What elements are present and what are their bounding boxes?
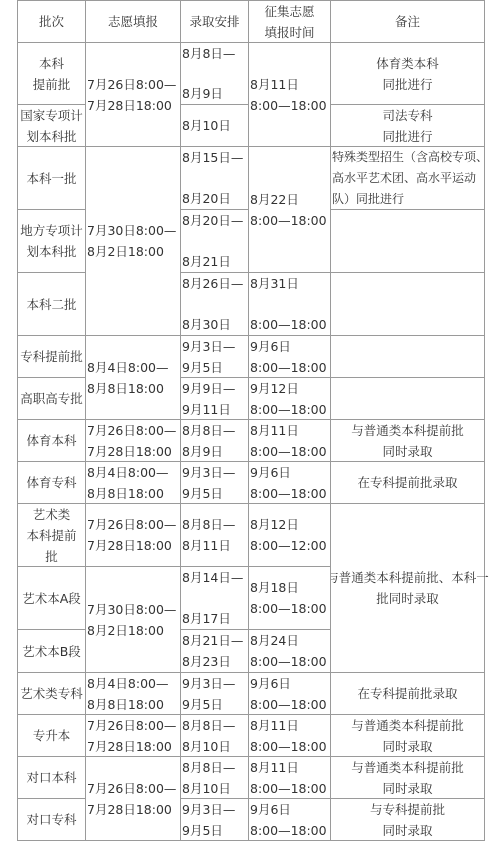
batch-cell: 国家专项计划本科批 <box>17 104 86 147</box>
apply-cell: 8月4日8:00—8月8日18:00 <box>85 335 181 420</box>
note-cell: 在专科提前批录取 <box>330 672 485 715</box>
header-apply: 志愿填报 <box>85 0 181 43</box>
admit-cell: 9月3日—9月5日 <box>180 798 249 841</box>
batch-cell: 艺术本B段 <box>17 629 86 673</box>
admit-cell: 8月26日—8月30日 <box>180 272 249 336</box>
apply-cell: 7月30日8:00—8月2日18:00 <box>85 146 181 336</box>
apply-cell: 7月26日8:00—7月28日18:00 <box>85 42 181 147</box>
apply-cell: 8月4日8:00—8月8日18:00 <box>85 461 181 504</box>
batch-cell: 体育本科 <box>17 419 86 462</box>
note-cell: 体育类本科同批进行 <box>330 42 485 105</box>
apply-cell: 7月26日8:00—7月28日18:00 <box>85 503 181 567</box>
collect-cell: 8月24日8:00—18:00 <box>248 629 331 673</box>
collect-cell: 8月11日8:00—18:00 <box>248 756 331 799</box>
batch-cell: 地方专项计划本科批 <box>17 209 86 273</box>
batch-cell: 本科一批 <box>17 146 86 210</box>
collect-cell: 9月6日8:00—18:00 <box>248 798 331 841</box>
admit-cell: 8月8日—8月9日 <box>180 419 249 462</box>
header-note: 备注 <box>330 0 485 43</box>
collect-cell: 8月22日8:00—18:00 <box>248 146 331 273</box>
note-cell: 与普通类本科提前批、本科一批同时录取 <box>330 503 485 673</box>
collect-cell: 9月6日8:00—18:00 <box>248 461 331 504</box>
collect-cell: 8月12日8:00—12:00 <box>248 503 331 567</box>
collect-cell: 8月18日8:00—18:00 <box>248 566 331 630</box>
admit-cell: 8月20日—8月21日 <box>180 209 249 273</box>
admit-cell: 9月3日—9月5日 <box>180 461 249 504</box>
collect-cell: 9月6日8:00—18:00 <box>248 335 331 378</box>
header-collect: 征集志愿填报时间 <box>248 0 331 43</box>
note-cell <box>330 209 485 273</box>
header-batch: 批次 <box>17 0 86 43</box>
collect-cell: 8月11日8:00—18:00 <box>248 42 331 147</box>
collect-cell: 9月12日8:00—18:00 <box>248 377 331 420</box>
admit-cell: 8月8日—8月10日 <box>180 756 249 799</box>
note-cell: 在专科提前批录取 <box>330 461 485 504</box>
note-cell: 与普通类本科提前批同时录取 <box>330 714 485 757</box>
note-cell <box>330 272 485 336</box>
batch-cell: 艺术类专科 <box>17 672 86 715</box>
collect-cell: 8月11日8:00—18:00 <box>248 714 331 757</box>
admit-cell: 8月8日—8月10日 <box>180 714 249 757</box>
admit-cell: 8月15日—8月20日 <box>180 146 249 210</box>
apply-cell: 7月30日8:00—8月2日18:00 <box>85 566 181 673</box>
batch-cell: 本科二批 <box>17 272 86 336</box>
apply-cell: 7月26日8:00—7月28日18:00 <box>85 419 181 462</box>
header-admit: 录取安排 <box>180 0 249 43</box>
note-cell: 与普通类本科提前批同时录取 <box>330 756 485 799</box>
batch-cell: 体育专科 <box>17 461 86 504</box>
batch-cell: 艺术类本科提前批 <box>17 503 86 567</box>
batch-cell: 对口专科 <box>17 798 86 841</box>
admit-cell: 8月8日—8月11日 <box>180 503 249 567</box>
batch-cell: 对口本科 <box>17 756 86 799</box>
batch-cell: 高职高专批 <box>17 377 86 420</box>
apply-cell: 8月4日8:00—8月8日18:00 <box>85 672 181 715</box>
note-cell: 特殊类型招生（含高校专项、高水平艺术团、高水平运动队）同批进行 <box>330 146 485 210</box>
batch-cell: 专升本 <box>17 714 86 757</box>
apply-cell: 7月26日8:00—7月28日18:00 <box>85 714 181 757</box>
admit-cell: 9月9日—9月11日 <box>180 377 249 420</box>
admit-cell: 8月8日—8月9日 <box>180 42 249 105</box>
collect-cell: 8月11日8:00—18:00 <box>248 419 331 462</box>
admit-cell: 8月14日—8月17日 <box>180 566 249 630</box>
admit-cell: 8月21日—8月23日 <box>180 629 249 673</box>
note-cell: 与专科提前批同时录取 <box>330 798 485 841</box>
batch-cell: 艺术本A段 <box>17 566 86 630</box>
batch-cell: 专科提前批 <box>17 335 86 378</box>
collect-cell: 8月31日8:00—18:00 <box>248 272 331 336</box>
note-cell: 与普通类本科提前批同时录取 <box>330 419 485 462</box>
batch-cell: 本科提前批 <box>17 42 86 105</box>
admit-cell: 9月3日—9月5日 <box>180 335 249 378</box>
admit-cell: 9月3日—9月5日 <box>180 672 249 715</box>
note-cell <box>330 335 485 378</box>
collect-cell: 9月6日8:00—18:00 <box>248 672 331 715</box>
note-cell: 司法专科同批进行 <box>330 104 485 147</box>
admit-cell: 8月10日 <box>180 104 249 147</box>
apply-cell: 7月26日8:00—7月28日18:00 <box>85 756 181 841</box>
note-cell <box>330 377 485 420</box>
